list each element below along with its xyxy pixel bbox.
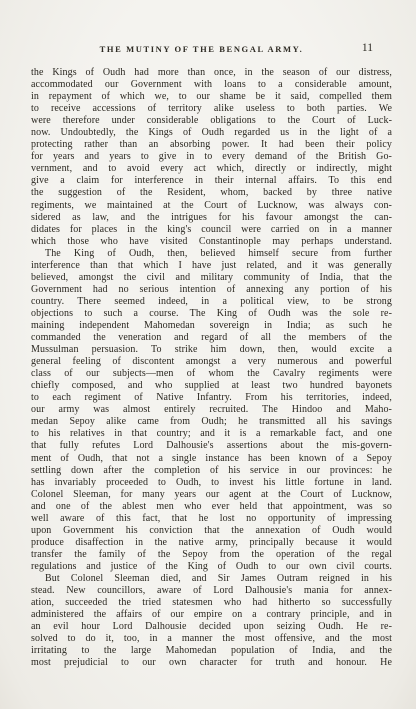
text-line: irritating to the large Mahomedan popula… [31,645,392,657]
text-line: well aware of this fact, that he lost no… [31,513,392,525]
text-line: solved to do it, too, in a manner the mo… [31,633,392,645]
text-line: country. There seemed indeed, in a polit… [31,296,392,308]
text-line: ation, succeeded the tried statesmen who… [31,597,392,609]
text-line: settling down after the completion of hi… [31,465,392,477]
text-line: most prejudicial to our own character fo… [31,657,392,669]
scanned-book-page: THE MUTINY OF THE BENGAL ARMY. 11 the Ki… [0,0,416,709]
text-line: didates for places in the king's council… [31,224,392,236]
text-line: maining independent Mahomedan sovereign … [31,320,392,332]
text-line: and one of the ablest men who ever held … [31,501,392,513]
text-line: give a claim for interference in their i… [31,175,392,187]
text-line: for years and years to give in to every … [31,151,392,163]
page-body: the Kings of Oudh had more than once, in… [31,67,392,669]
text-line: to his relatives in that country; and it… [31,428,392,440]
text-line: produce disaffection in the native army,… [31,537,392,549]
text-line: regiments, we maintained at the Court of… [31,200,392,212]
text-line: now. Undoubtedly, the Kings of Oudh rega… [31,127,392,139]
text-line: upon Government his conviction that the … [31,525,392,537]
text-line: an evil hour Lord Dalhousie decided upon… [31,621,392,633]
text-line: stead. New councillors, aware of Lord Da… [31,585,392,597]
text-line: ment of Oudh, that not a single instance… [31,453,392,465]
text-line: objections to such a course. The King of… [31,308,392,320]
text-line: general feeling of discontent amongst a … [31,356,392,368]
text-line: believed, amongst the civil and military… [31,272,392,284]
running-title: THE MUTINY OF THE BENGAL ARMY. [31,44,372,54]
text-line: has invariably proceeded to Oudh, to inv… [31,477,392,489]
text-line: accommodated our Government with loans t… [31,79,392,91]
text-line: transfer the family of the Sepoy from th… [31,549,392,561]
text-line: the Kings of Oudh had more than once, in… [31,67,392,79]
text-line: to each regiment of Native Infantry. Fro… [31,392,392,404]
text-line: administered the affairs of our empire o… [31,609,392,621]
text-line: The King of Oudh, then, believed himself… [31,248,392,260]
text-line: Government had no serious intention of a… [31,284,392,296]
text-line: medan Sepoy alike came from Oudh; he tra… [31,416,392,428]
paragraph: the Kings of Oudh had more than once, in… [31,67,392,248]
text-line: class of our subjects—men of whom the Ca… [31,368,392,380]
text-line: regulations and justice of the King of O… [31,561,392,573]
text-line: chiefly composed, and who supplied at le… [31,380,392,392]
text-line: were therefore under considerable obliga… [31,115,392,127]
text-line: Mussulman persuasion. To strike him down… [31,344,392,356]
text-line: vernment, and to avoid every act which, … [31,163,392,175]
paragraph: But Colonel Sleeman died, and Sir James … [31,573,392,669]
paragraph: The King of Oudh, then, believed himself… [31,248,392,573]
text-line: sidered as law, and the intrigues for hi… [31,212,392,224]
page-number: 11 [362,42,373,54]
text-line: our army was almost entirely recruited. … [31,404,392,416]
text-line: protecting rather than an absorbing powe… [31,139,392,151]
text-line: in repayment of which we, to our shame b… [31,91,392,103]
text-line: that fully refutes Lord Dalhousie's asse… [31,440,392,452]
text-line: Colonel Sleeman, for many years our agen… [31,489,392,501]
text-line: commanded the veneration and regard of a… [31,332,392,344]
running-header: THE MUTINY OF THE BENGAL ARMY. 11 [31,44,392,58]
text-line: interference than that which I have just… [31,260,392,272]
text-line: which those who have visited Constantino… [31,236,392,248]
text-line: the suggestion of the Resident, whom, ba… [31,187,392,199]
text-line: to receive accessions of territory alike… [31,103,392,115]
text-line: But Colonel Sleeman died, and Sir James … [31,573,392,585]
